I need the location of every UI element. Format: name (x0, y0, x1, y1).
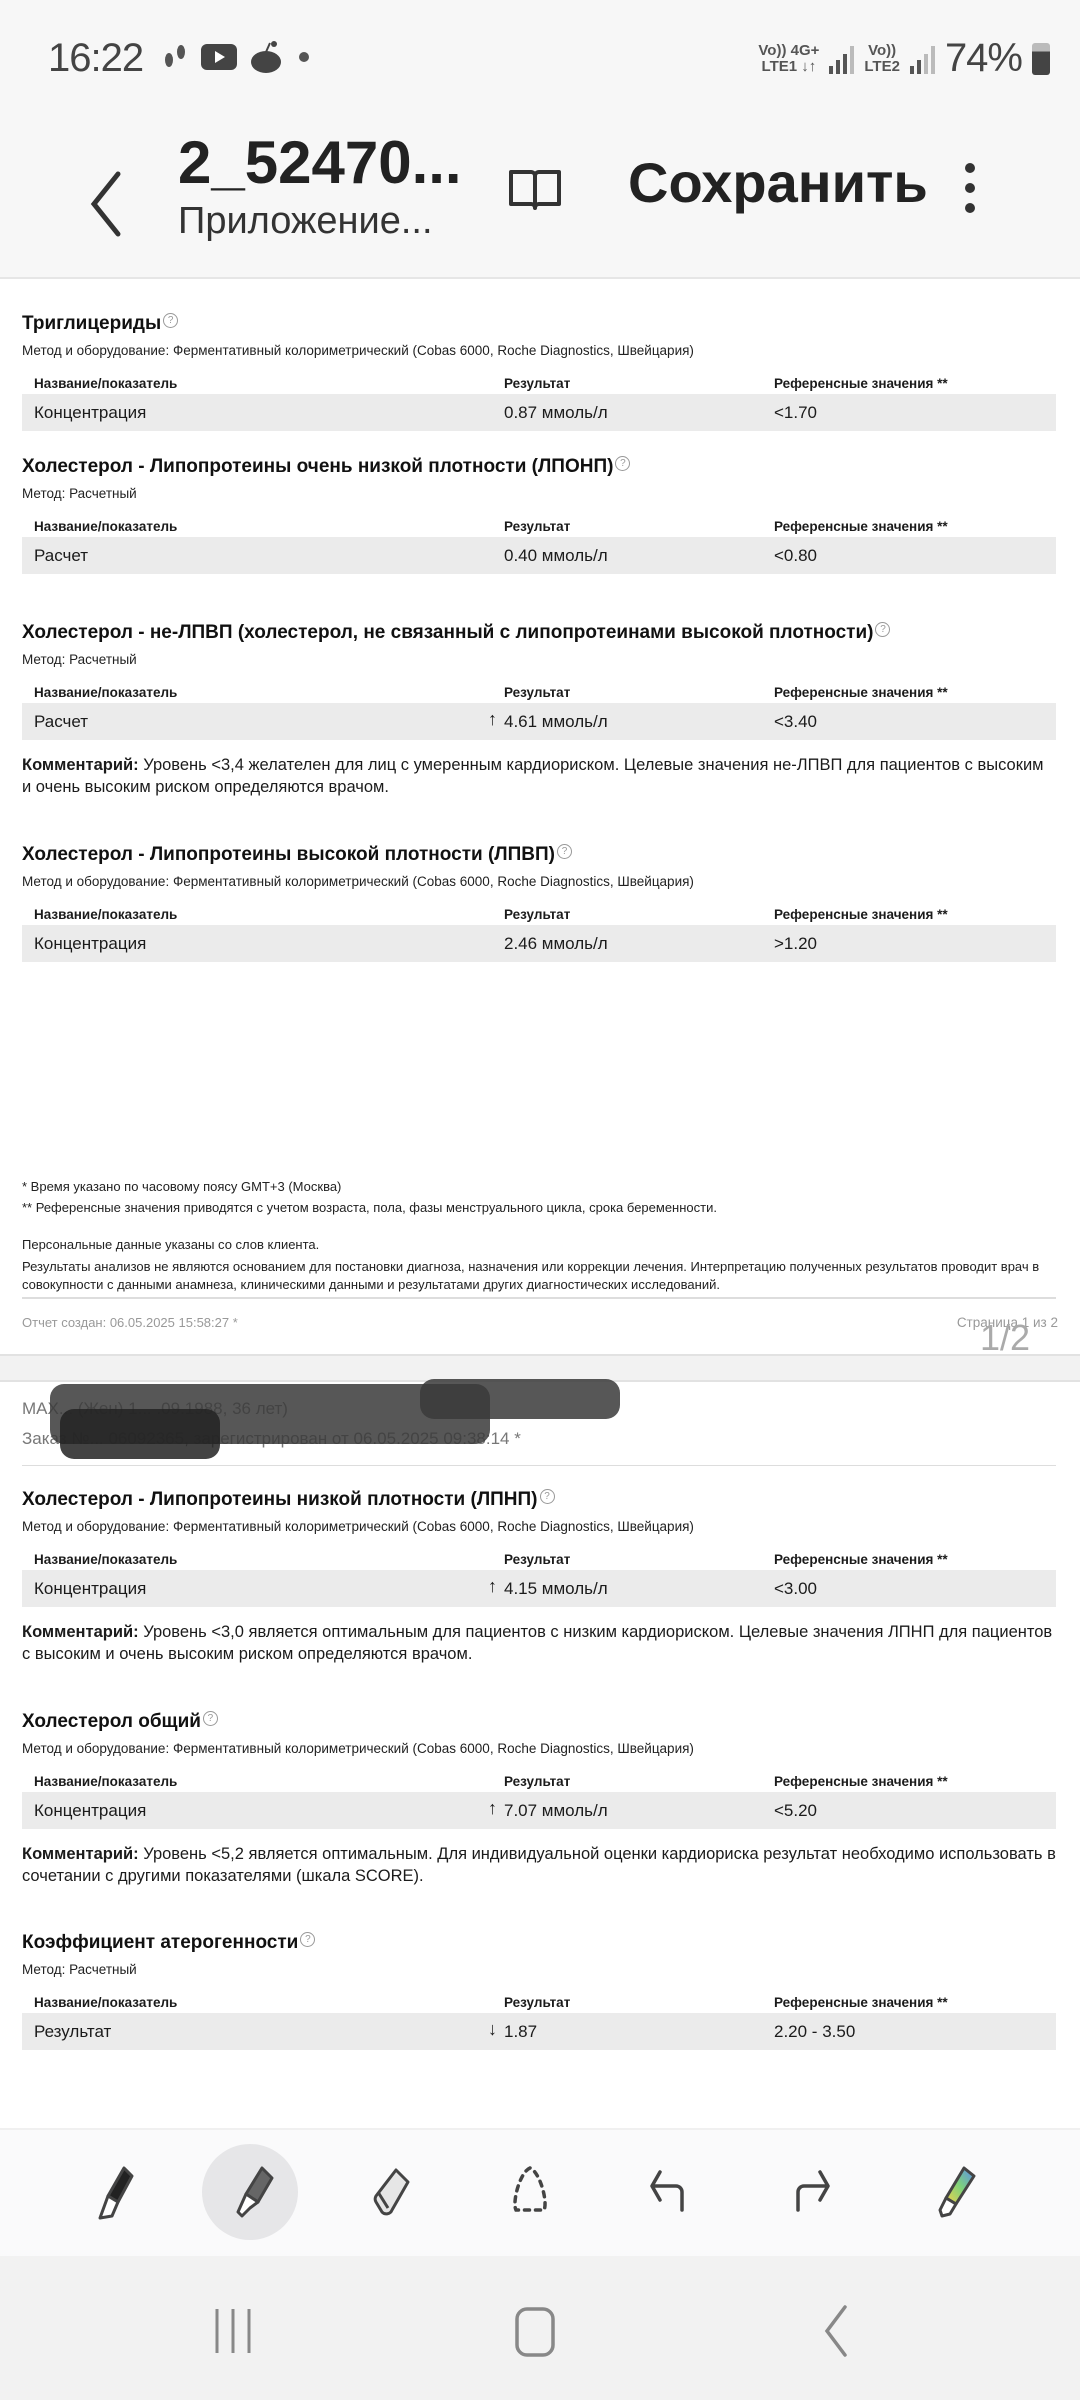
eraser-icon (360, 2162, 420, 2222)
highlighter-tool-button[interactable] (202, 2144, 298, 2240)
method-text: Метод: Расчетный (22, 1962, 1056, 1977)
system-back-button[interactable] (800, 2296, 870, 2366)
test-section-ldl: Холестерол - Липопротеины низкой плотнос… (22, 1489, 1056, 1665)
redaction-scribble (60, 1409, 220, 1459)
help-icon[interactable]: ? (875, 622, 890, 637)
method-text: Метод: Расчетный (22, 486, 1056, 501)
test-section-vldl: Холестерол - Липопротеины очень низкой п… (22, 456, 1056, 574)
steps-icon (160, 40, 190, 74)
comment-text: Комментарий: Уровень <3,0 является оптим… (22, 1621, 1056, 1665)
status-indicators: Vo)) 4G+LTE1 ↓↑ Vo))LTE2 74% (758, 36, 1050, 81)
help-icon[interactable]: ? (557, 844, 572, 859)
table-row: Расчет0.40 ммоль/л<0.80 (22, 537, 1056, 574)
method-text: Метод: Расчетный (22, 652, 1056, 667)
signal-icon (829, 44, 854, 74)
test-section-total-cholesterol: Холестерол общий? Метод и оборудование: … (22, 1711, 1056, 1887)
section-title: Коэффициент атерогенности? (22, 1932, 1056, 1954)
book-icon (505, 160, 565, 220)
notification-icons (160, 40, 314, 74)
footer-divider (22, 1297, 1056, 1299)
redaction-scribble (420, 1379, 620, 1419)
table-header: Название/показательРезультатРеференсные … (22, 372, 1056, 394)
pen-color-button[interactable] (902, 2144, 998, 2240)
status-time: 16:22 (48, 36, 143, 81)
dot-icon (294, 47, 314, 67)
page-separator (0, 1354, 1080, 1382)
comment-text: Комментарий: Уровень <3,4 желателен для … (22, 754, 1056, 798)
eraser-tool-button[interactable] (342, 2144, 438, 2240)
undo-button[interactable] (622, 2144, 718, 2240)
battery-percent: 74% (945, 36, 1022, 81)
section-title: Холестерол - не-ЛПВП (холестерол, не свя… (22, 622, 1056, 644)
pen-tool-button[interactable] (62, 2144, 158, 2240)
test-section-triglycerides: Триглицериды? Метод и оборудование: Ферм… (22, 313, 1056, 431)
app-bar: 2_52470... Приложение... Сохранить (0, 120, 1080, 279)
fountain-pen-icon (80, 2162, 140, 2222)
help-icon[interactable]: ? (163, 313, 178, 328)
high-flag-icon: ↑ (488, 1576, 497, 1597)
footnotes: * Время указано по часовому поясу GMT+3 … (22, 1179, 1062, 1300)
signal-icon (910, 44, 935, 74)
table-header: Название/показательРезультатРеференсные … (22, 1770, 1056, 1792)
table-row: Концентрация0.87 ммоль/л<1.70 (22, 394, 1056, 431)
redo-icon (780, 2162, 840, 2222)
recent-apps-icon (203, 2301, 263, 2361)
high-flag-icon: ↑ (488, 1798, 497, 1819)
section-title: Триглицериды? (22, 313, 1056, 335)
sim2-indicator: Vo))LTE2 (864, 43, 900, 75)
annotation-toolbar (0, 2128, 1080, 2258)
header-divider (22, 1465, 1056, 1466)
youtube-icon (200, 42, 238, 72)
method-text: Метод и оборудование: Ферментативный кол… (22, 343, 1056, 358)
test-section-hdl: Холестерол - Липопротеины высокой плотно… (22, 844, 1056, 962)
table-header: Название/показательРезультатРеференсные … (22, 1548, 1056, 1570)
table-header: Название/показательРезультатРеференсные … (22, 903, 1056, 925)
status-bar: 16:22 Vo)) 4G+LTE1 ↓↑ Vo))LTE2 74% (0, 0, 1080, 120)
report-created: Отчет создан: 06.05.2025 15:58:27 * (22, 1315, 238, 1330)
document-title: 2_52470... (178, 128, 462, 197)
page-counter: 1/2 (980, 1317, 1030, 1359)
color-pen-icon (920, 2162, 980, 2222)
document-subtitle: Приложение... (178, 200, 433, 243)
lasso-icon (500, 2162, 560, 2222)
home-button[interactable] (500, 2296, 570, 2366)
section-title: Холестерол - Липопротеины высокой плотно… (22, 844, 1056, 866)
help-icon[interactable]: ? (300, 1932, 315, 1947)
help-icon[interactable]: ? (540, 1489, 555, 1504)
table-header: Название/показательРезультатРеференсные … (22, 1991, 1056, 2013)
back-icon (805, 2301, 865, 2361)
sim1-indicator: Vo)) 4G+LTE1 ↓↑ (758, 43, 819, 75)
chevron-left-icon (80, 160, 130, 240)
method-text: Метод и оборудование: Ферментативный кол… (22, 1741, 1056, 1756)
reading-mode-button[interactable] (505, 160, 565, 220)
test-section-atherogenic-index: Коэффициент атерогенности? Метод: Расчет… (22, 1932, 1056, 2050)
save-button[interactable]: Сохранить (628, 150, 928, 215)
table-row: Концентрация↑7.07 ммоль/л<5.20 (22, 1792, 1056, 1829)
lasso-tool-button[interactable] (482, 2144, 578, 2240)
table-row: Концентрация↑4.15 ммоль/л<3.00 (22, 1570, 1056, 1607)
method-text: Метод и оборудование: Ферментативный кол… (22, 1519, 1056, 1534)
highlighter-icon (220, 2162, 280, 2222)
test-section-non-hdl: Холестерол - не-ЛПВП (холестерол, не свя… (22, 622, 1056, 798)
section-title: Холестерол - Липопротеины очень низкой п… (22, 456, 1056, 478)
method-text: Метод и оборудование: Ферментативный кол… (22, 874, 1056, 889)
section-title: Холестерол общий? (22, 1711, 1056, 1733)
back-button[interactable] (80, 160, 130, 240)
low-flag-icon: ↓ (488, 2019, 497, 2040)
table-row: Концентрация2.46 ммоль/л>1.20 (22, 925, 1056, 962)
comment-text: Комментарий: Уровень <5,2 является оптим… (22, 1843, 1056, 1887)
battery-icon (1032, 43, 1050, 75)
more-options-button[interactable] (955, 155, 985, 235)
redo-button[interactable] (762, 2144, 858, 2240)
help-icon[interactable]: ? (203, 1711, 218, 1726)
recent-apps-button[interactable] (198, 2296, 268, 2366)
home-icon (505, 2301, 565, 2361)
high-flag-icon: ↑ (488, 709, 497, 730)
table-header: Название/показательРезультатРеференсные … (22, 515, 1056, 537)
system-nav-bar (0, 2256, 1080, 2400)
table-row: Расчет↑4.61 ммоль/л<3.40 (22, 703, 1056, 740)
undo-icon (640, 2162, 700, 2222)
table-header: Название/показательРезультатРеференсные … (22, 681, 1056, 703)
help-icon[interactable]: ? (615, 456, 630, 471)
section-title: Холестерол - Липопротеины низкой плотнос… (22, 1489, 1056, 1511)
table-row: Результат↓1.872.20 - 3.50 (22, 2013, 1056, 2050)
reddit-icon (248, 40, 284, 74)
